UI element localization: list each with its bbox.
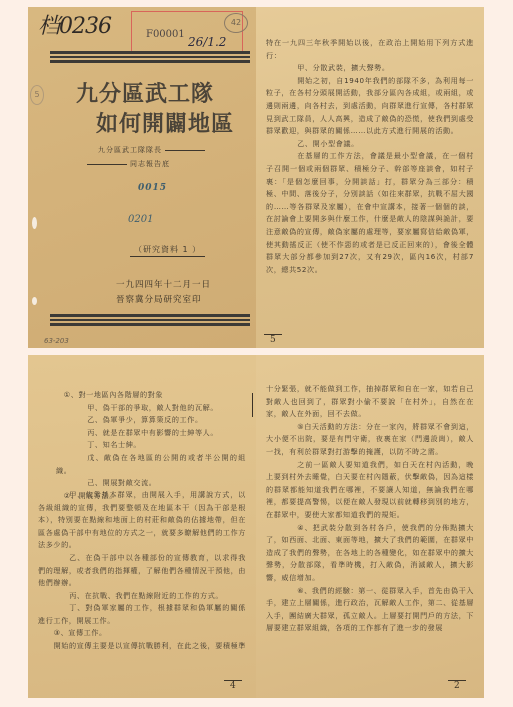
paragraph: 開始之初，自1940年我們的部隊不多，為利用每一粒子，在各村分頭展開活動，我部分… <box>266 75 474 138</box>
byline-rule <box>87 164 127 165</box>
cover-title-line-2: 如何開闢地區 <box>28 107 256 138</box>
list-item: 乙、偽軍爭少，算算策反的工作。 <box>56 414 246 427</box>
list-item: 丁、知名士紳。 <box>56 439 246 452</box>
page-5-text: 特在一九四三年秋季開始以後，在政治上開始用下列方式進行： 甲、分散武裝，擴大聲勢… <box>266 37 474 276</box>
cover-page: 档0236 F00001 26/1.2 42 5 九分區武工隊 如何開闢地區 九… <box>28 7 256 348</box>
paragraph: 丙、在抗戰、我們在點線附近的工作的方式。 <box>38 590 246 603</box>
page-number: 5 <box>264 334 282 345</box>
series-tag: （研究資料 1 ） <box>130 244 205 257</box>
cover-title-line-1: 九分區武工隊 <box>28 77 256 108</box>
page-2: 十分緊張，就不能做到工作，抽掉群眾和自在一家，如若自己對敵人也回到了，群眾對小偷… <box>256 355 484 698</box>
byline-2-text: 同志報告底 <box>130 160 170 168</box>
page-4: ①、對一地區內各階層的對象 甲、偽干部的爭取，敵人對他的瓦解。 乙、偽軍爭少，算… <box>28 355 256 698</box>
paragraph: 在基層的工作方法，會議是最小型會議，在一個村子召開一個或兩個群眾、積極分子、幹部… <box>266 150 474 276</box>
section-heading: ①、對一地區內各階層的對象 <box>56 389 246 402</box>
page-4-body-text: 甲、依靠基本群眾，由開展入手，用講說方式，以各級組織的宣傳，我們要整頓及在地區本… <box>38 489 246 653</box>
page-2-text: 十分緊張，就不能做到工作，抽掉群眾和自在一家，如若自己對敵人也回到了，群眾對小偷… <box>266 383 474 635</box>
paragraph: 甲、依靠基本群眾，由開展入手，用講說方式，以各級組織的宣傳，我們要整頓及在地區本… <box>38 489 246 552</box>
paragraph: ⑤白天活動的方法：分在一家內，將群眾不會到這，大小便不出院，要是有門守衛，夜裏在… <box>266 421 474 459</box>
page-number: 4 <box>224 680 242 691</box>
top-spread: 档0236 F00001 26/1.2 42 5 九分區武工隊 如何開闢地區 九… <box>28 7 484 348</box>
stamp-handwriting: 26/1.2 <box>188 35 226 49</box>
paragraph: 丁、對偽軍家屬的工作，根據群眾和偽軍屬的關係進行工作，開展工作。 <box>38 602 246 627</box>
list-item: 丙、就是在群眾中有影響的士紳等人。 <box>56 427 246 440</box>
list-item: 己、開展對敵交流。 <box>56 477 246 490</box>
edge-mark <box>252 393 253 417</box>
bottom-spread: ①、對一地區內各階層的對象 甲、偽干部的爭取，敵人對他的瓦解。 乙、偽軍爭少，算… <box>28 355 484 698</box>
paragraph: 乙、在偽干部中以各種部份的宣傳教育，以求得我們的理解，或者我們的指揮權，了解他們… <box>38 552 246 590</box>
stamp-circle-number: 42 <box>224 13 248 33</box>
handwritten-catalog-number: 档0236 <box>38 9 111 40</box>
cover-byline-2: 同志報告底 <box>84 159 170 169</box>
cover-date-block: 一九四四年十二月一日 晉察冀分局研究室印 <box>116 278 211 308</box>
page-4-list-text: ①、對一地區內各階層的對象 甲、偽干部的爭取，敵人對他的瓦解。 乙、偽軍爭少，算… <box>56 389 246 502</box>
blue-handwritten-mark: 0201 <box>128 214 153 225</box>
paragraph: 十分緊張，就不能做到工作，抽掉群眾和自在一家，如若自己對敵人也回到了，群眾對小偷… <box>266 383 474 421</box>
cover-issuer: 晉察冀分局研究室印 <box>116 293 211 308</box>
section-heading: ③、宣傳工作。 <box>38 627 246 640</box>
paragraph: 開始的宣傳主要是以宣傳抗戰勝利，在此之後，要積極準備和平，將 <box>38 640 246 653</box>
top-decorative-bars <box>50 51 250 65</box>
archive-stamp-number: F00001 <box>146 29 185 40</box>
archive-number: 63-203 <box>44 337 69 345</box>
byline-rule <box>165 150 205 151</box>
binding-hole <box>32 217 37 229</box>
list-item: 戊、敵偽在各地區的公開的或者半公開的組織。 <box>56 452 246 477</box>
paragraph: 特在一九四三年秋季開始以後，在政治上開始用下列方式進行： <box>266 37 474 62</box>
binding-hole <box>32 297 37 305</box>
list-item: 甲、偽干部的爭取，敵人對他的瓦解。 <box>56 402 246 415</box>
section-heading: 甲、分散武裝，擴大聲勢。 <box>266 62 474 75</box>
blue-stamp-mark: 0015 <box>138 183 167 193</box>
cover-date: 一九四四年十二月一日 <box>116 278 211 293</box>
page-5: 特在一九四三年秋季開始以後，在政治上開始用下列方式進行： 甲、分散武裝，擴大聲勢… <box>256 7 484 348</box>
byline-1-text: 九分區武工隊隊長 <box>98 146 162 154</box>
bottom-decorative-bars <box>50 314 250 328</box>
section-heading: 乙、開小型會議。 <box>266 138 474 151</box>
paragraph: ④、把武裝分散到各村各戶，使我們的分佈點擴大了，如西面、北面、東面等地，擴大了我… <box>266 522 474 585</box>
page-number: 2 <box>448 680 466 691</box>
cover-byline-1: 九分區武工隊隊長 <box>98 145 208 155</box>
paragraph: ⑥、我們的經驗：第一、從群眾入手，首先由偽干入手，建立上層關係，進行政治，瓦解敵… <box>266 585 474 635</box>
paragraph: 之前一區敵人要知道我們，如白天在村內活動，晚上要到村外去睡覺，白天要在村內隱蔽，… <box>266 459 474 522</box>
